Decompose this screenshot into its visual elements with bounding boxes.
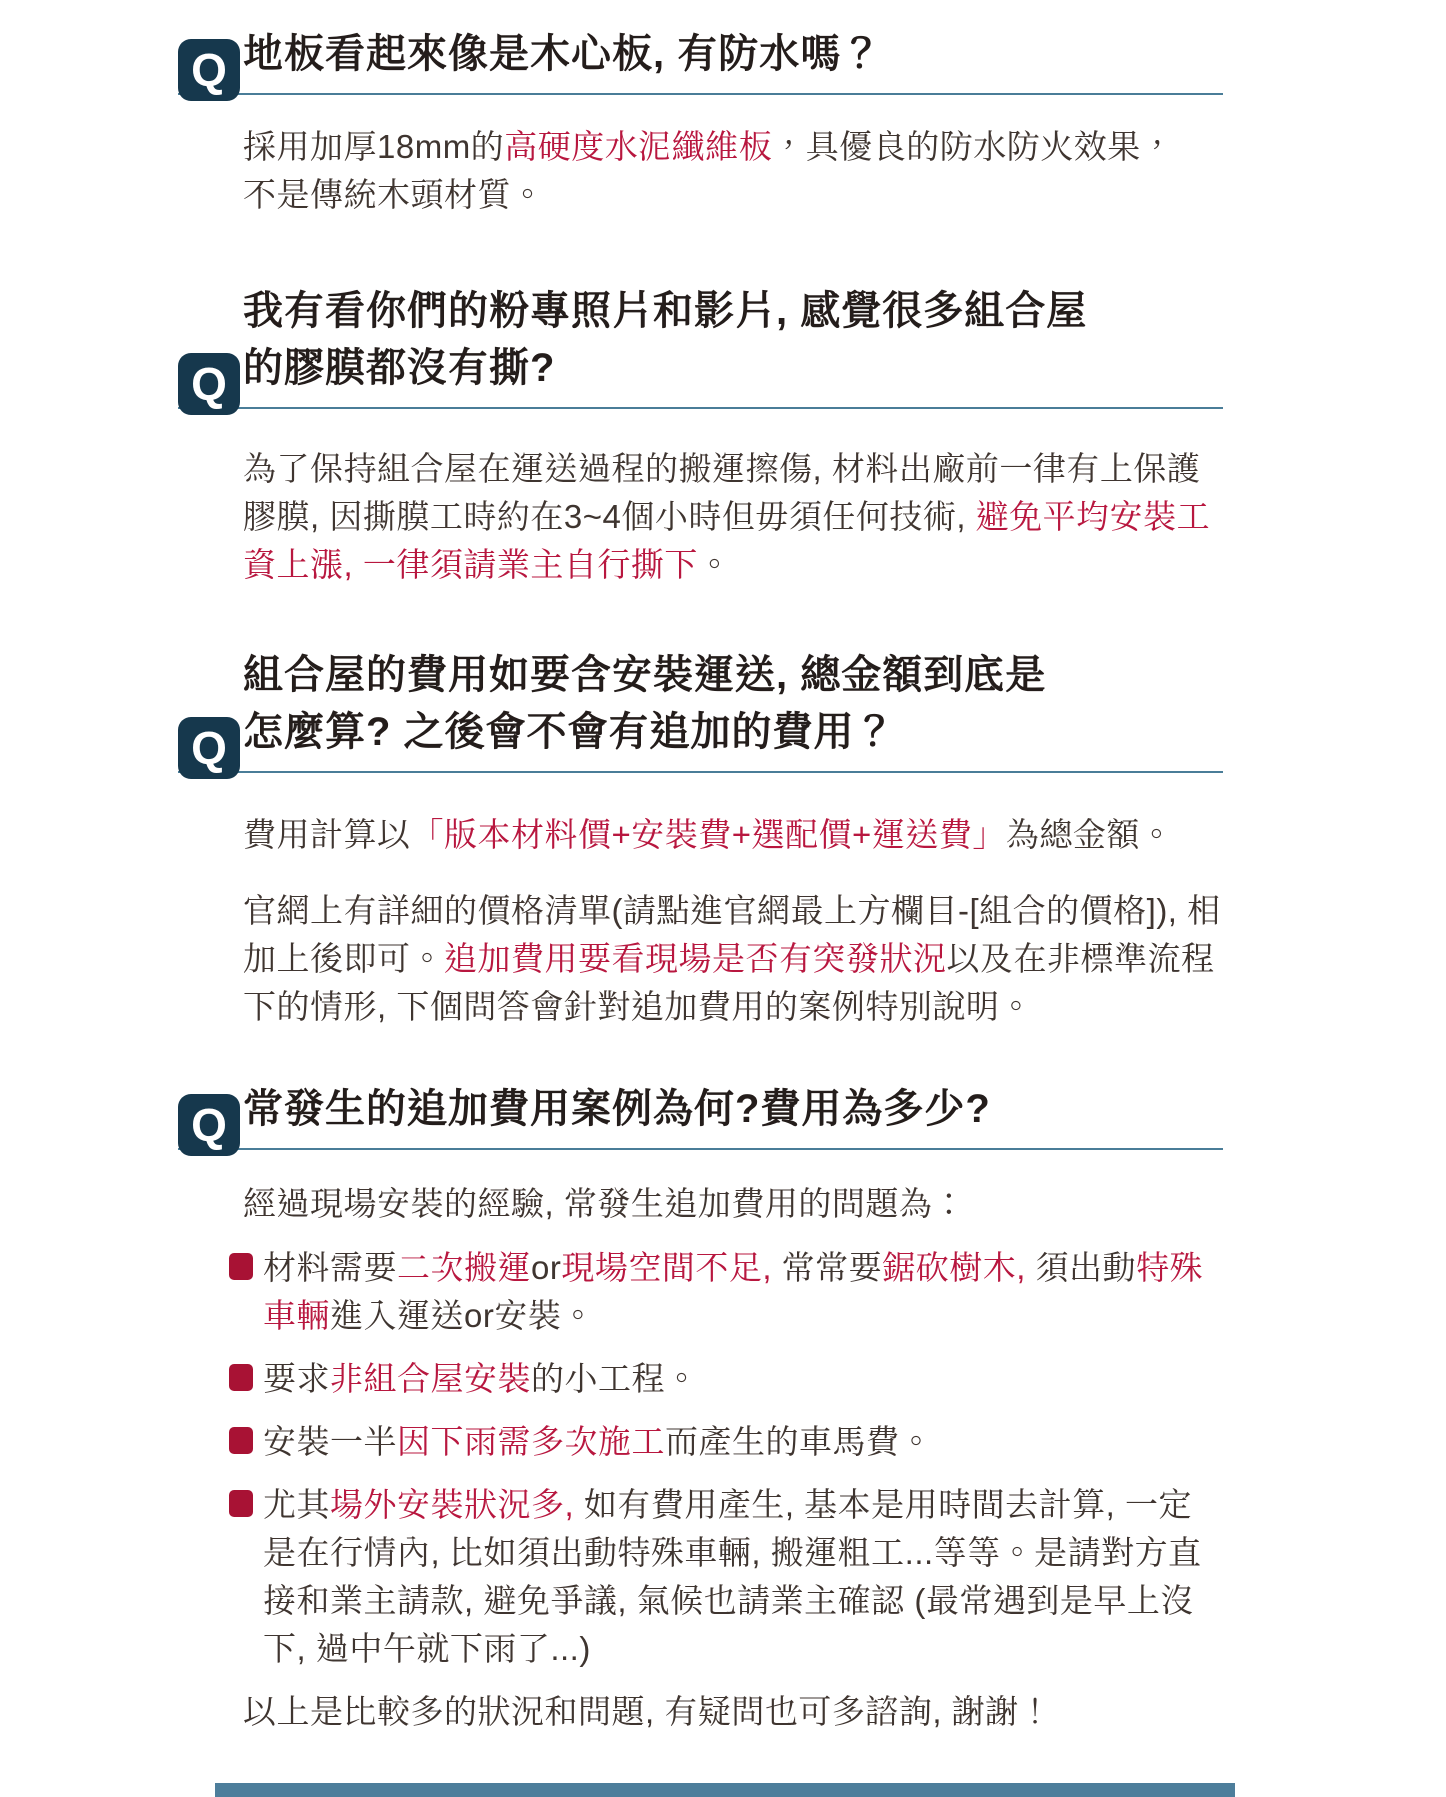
question-title: 常發生的追加費用案例為何?費用為多少? <box>243 1081 1223 1138</box>
bullet-list: 材料需要二次搬運or現場空間不足, 常常要鋸砍樹木, 須出動特殊車輛進入運送or… <box>243 1244 1221 1673</box>
bottom-divider-bar <box>215 1783 1235 1797</box>
qa-section-total-cost: Q 組合屋的費用如要含安裝運送, 總金額到底是 怎麼算? 之後會不會有追加的費用… <box>178 647 1223 1031</box>
answer-text: 的小工程。 <box>531 1360 699 1397</box>
answer-highlight: 二次搬運 <box>397 1249 531 1286</box>
q-badge-icon: Q <box>178 39 240 101</box>
answer-text: 。 <box>698 546 732 583</box>
q-badge-icon: Q <box>178 353 240 415</box>
q-badge-icon: Q <box>178 1094 240 1156</box>
list-item: 安裝一半因下雨需多次施工而產生的車馬費。 <box>243 1418 1221 1466</box>
bullet-square-icon <box>229 1253 253 1280</box>
list-item: 要求非組合屋安裝的小工程。 <box>243 1355 1221 1403</box>
list-item: 材料需要二次搬運or現場空間不足, 常常要鋸砍樹木, 須出動特殊車輛進入運送or… <box>243 1244 1221 1340</box>
answer-text: 採用加厚18mm的 <box>243 128 504 165</box>
question-line: 地板看起來像是木心板, 有防水嗎？ <box>243 26 1223 83</box>
answer-highlight: 追加費用要看現場是否有突發狀況 <box>444 940 947 977</box>
question-header: Q 組合屋的費用如要含安裝運送, 總金額到底是 怎麼算? 之後會不會有追加的費用… <box>178 647 1223 773</box>
question-title: 組合屋的費用如要含安裝運送, 總金額到底是 怎麼算? 之後會不會有追加的費用？ <box>243 647 1223 761</box>
answer-highlight: 鋸砍樹木, <box>882 1249 1026 1286</box>
question-line: 怎麼算? 之後會不會有追加的費用？ <box>243 704 1223 761</box>
question-title: 地板看起來像是木心板, 有防水嗎？ <box>243 26 1223 83</box>
answer-highlight: 「版本材料價+安裝費+選配價+運送費」 <box>411 816 1006 853</box>
qa-section-protective-film: Q 我有看你們的粉專照片和影片, 感覺很多組合屋 的膠膜都沒有撕? 為了保持組合… <box>178 283 1223 589</box>
answer-text: 而產生的車馬費。 <box>665 1423 933 1460</box>
question-header: Q 我有看你們的粉專照片和影片, 感覺很多組合屋 的膠膜都沒有撕? <box>178 283 1223 409</box>
answer-text: 不是傳統木頭材質。 <box>243 176 545 213</box>
answer-text: 費用計算以 <box>243 816 411 853</box>
answer-text: 安裝一半 <box>263 1423 397 1460</box>
question-line: 常發生的追加費用案例為何?費用為多少? <box>243 1081 1223 1138</box>
question-title: 我有看你們的粉專照片和影片, 感覺很多組合屋 的膠膜都沒有撕? <box>243 283 1223 397</box>
bullet-square-icon <box>229 1490 253 1517</box>
q-badge-icon: Q <box>178 717 240 779</box>
bullet-square-icon <box>229 1364 253 1391</box>
qa-section-floor-waterproof: Q 地板看起來像是木心板, 有防水嗎？ 採用加厚18mm的高硬度水泥纖維板，具優… <box>178 26 1223 219</box>
answer-text: 要求 <box>263 1360 330 1397</box>
answer-highlight: 場外安裝狀況多, <box>330 1486 574 1523</box>
answer-block: 為了保持組合屋在運送過程的搬運擦傷, 材料出廠前一律有上保護膠膜, 因撕膜工時約… <box>178 445 1223 589</box>
qa-section-extra-fees: Q 常發生的追加費用案例為何?費用為多少? 經過現場安裝的經驗, 常發生追加費用… <box>178 1081 1223 1736</box>
list-item: 尤其場外安裝狀況多, 如有費用產生, 基本是用時間去計算, 一定是在行情內, 比… <box>243 1481 1221 1673</box>
answer-paragraph: 為了保持組合屋在運送過程的搬運擦傷, 材料出廠前一律有上保護膠膜, 因撕膜工時約… <box>243 445 1221 589</box>
answer-text: 尤其 <box>263 1486 330 1523</box>
answer-text: 為總金額。 <box>1006 816 1174 853</box>
answer-paragraph: 官網上有詳細的價格清單(請點進官網最上方欄目-[組合的價格]), 相加上後即可。… <box>243 887 1221 1031</box>
answer-text: 須出動 <box>1026 1249 1136 1286</box>
answer-block: 採用加厚18mm的高硬度水泥纖維板，具優良的防水防火效果，不是傳統木頭材質。 <box>178 123 1223 219</box>
answer-highlight: 高硬度水泥纖維板 <box>504 128 772 165</box>
question-line: 的膠膜都沒有撕? <box>243 340 1223 397</box>
answer-block: 經過現場安裝的經驗, 常發生追加費用的問題為： 材料需要二次搬運or現場空間不足… <box>178 1180 1223 1736</box>
answer-paragraph: 採用加厚18mm的高硬度水泥纖維板，具優良的防水防火效果，不是傳統木頭材質。 <box>243 123 1221 219</box>
answer-paragraph: 費用計算以「版本材料價+安裝費+選配價+運送費」為總金額。 <box>243 811 1221 859</box>
answer-text: 材料需要 <box>263 1249 397 1286</box>
question-line: 組合屋的費用如要含安裝運送, 總金額到底是 <box>243 647 1223 704</box>
answer-text: ，具優良的防水防火效果， <box>772 128 1174 165</box>
answer-text: 進入運送or安裝。 <box>330 1297 595 1334</box>
answer-block: 費用計算以「版本材料價+安裝費+選配價+運送費」為總金額。 官網上有詳細的價格清… <box>178 811 1223 1031</box>
answer-highlight: 因下雨需多次施工 <box>397 1423 665 1460</box>
question-line: 我有看你們的粉專照片和影片, 感覺很多組合屋 <box>243 283 1223 340</box>
answer-highlight: 非組合屋安裝 <box>330 1360 531 1397</box>
answer-text: or <box>531 1249 561 1286</box>
answer-text: 常常要 <box>772 1249 882 1286</box>
answer-highlight: 現場空間不足, <box>561 1249 772 1286</box>
faq-content-column: Q 地板看起來像是木心板, 有防水嗎？ 採用加厚18mm的高硬度水泥纖維板，具優… <box>178 0 1223 1736</box>
bullet-square-icon <box>229 1427 253 1454</box>
answer-intro: 經過現場安裝的經驗, 常發生追加費用的問題為： <box>243 1180 1221 1228</box>
closing-note: 以上是比較多的狀況和問題, 有疑問也可多諮詢, 謝謝！ <box>243 1688 1221 1736</box>
question-header: Q 地板看起來像是木心板, 有防水嗎？ <box>178 26 1223 95</box>
question-header: Q 常發生的追加費用案例為何?費用為多少? <box>178 1081 1223 1150</box>
